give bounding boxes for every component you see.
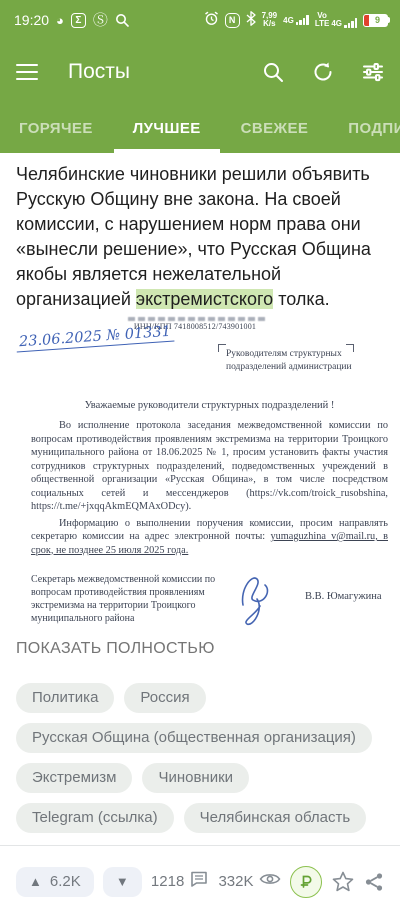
- downvote-button[interactable]: ▼: [103, 867, 142, 897]
- search-icon[interactable]: [262, 61, 284, 83]
- s-badge-icon: Ⓢ: [93, 13, 108, 28]
- handwritten-date: 23.06.2025 № 01331: [16, 324, 175, 353]
- network-speed: 7,99K/s: [262, 12, 278, 28]
- app-screen: 19:20 ◕ Σ Ⓢ N 7,99K/s 4G VoLT: [0, 0, 400, 917]
- post-text-before: Челябинские чиновники решили объявить Ру…: [16, 164, 371, 309]
- comments-count: 1218: [151, 873, 184, 890]
- tab-hot[interactable]: ГОРЯЧЕЕ: [19, 104, 93, 153]
- document-signer-title: Секретарь межведомственной комиссии по в…: [31, 573, 247, 625]
- tag-chinovniki[interactable]: Чиновники: [142, 763, 249, 793]
- document-recipient: Руководителям структурных подразделений …: [226, 348, 354, 374]
- show-full-button[interactable]: ПОКАЗАТЬ ПОЛНОСТЬЮ: [0, 640, 400, 658]
- document-body2: Информацию о выполнении поручения комисс…: [31, 517, 388, 558]
- comments-button[interactable]: 1218: [151, 869, 209, 894]
- refresh-icon[interactable]: [312, 61, 334, 83]
- signal-2: VoLTE 4G: [315, 12, 357, 28]
- app-bar: Посты: [0, 40, 400, 104]
- upvote-arrow-icon: ▲: [29, 875, 42, 888]
- status-bar: 19:20 ◕ Σ Ⓢ N 7,99K/s 4G VoLT: [0, 0, 400, 40]
- tab-fresh[interactable]: СВЕЖЕЕ: [241, 104, 309, 153]
- signature-scribble: [233, 569, 279, 636]
- tab-subscriptions[interactable]: ПОДПИСКИ: [348, 104, 400, 153]
- downvote-arrow-icon: ▼: [116, 875, 129, 888]
- tag-politika[interactable]: Политика: [16, 683, 114, 713]
- views-counter: 332K: [218, 871, 280, 892]
- upvote-button[interactable]: ▲ 6.2K: [16, 867, 94, 897]
- tag-russkaya-obshchina[interactable]: Русская Община (общественная организация…: [16, 723, 372, 753]
- upvote-count: 6.2K: [50, 873, 81, 890]
- post-action-bar: ▲ 6.2K ▼ 1218 332K: [0, 846, 400, 917]
- document-signer-name: В.В. Юмагужина: [305, 591, 381, 602]
- menu-icon[interactable]: [16, 64, 38, 80]
- highlighted-term: экстремистского: [136, 289, 273, 309]
- tag-chelyabinskaya-oblast[interactable]: Челябинская область: [184, 803, 367, 833]
- tab-best[interactable]: ЛУЧШЕЕ: [133, 104, 201, 153]
- nfc-icon: N: [225, 13, 240, 28]
- battery-icon: 9: [363, 14, 390, 27]
- status-search-icon: [115, 13, 129, 27]
- tag-ekstremizm[interactable]: Экстремизм: [16, 763, 132, 793]
- signal-1: 4G: [283, 15, 309, 25]
- bracket-left: [218, 344, 226, 352]
- tag-telegram[interactable]: Telegram (ссылка): [16, 803, 174, 833]
- data-saver-icon: ◕: [56, 14, 64, 27]
- page-title: Посты: [68, 60, 130, 84]
- clock-time: 19:20: [14, 12, 49, 28]
- post-text-after: толка.: [273, 289, 329, 309]
- ruble-donate-button[interactable]: [290, 866, 322, 898]
- post-text: Челябинские чиновники решили объявить Ру…: [0, 153, 400, 312]
- bluetooth-icon: [246, 11, 256, 29]
- tag-rossiya[interactable]: Россия: [124, 683, 205, 713]
- document-salutation: Уважаемые руководители структурных подра…: [31, 400, 388, 411]
- tag-list: Политика Россия Русская Община (обществе…: [0, 683, 400, 833]
- battery-percent: 9: [375, 15, 380, 25]
- feed-tabs: ГОРЯЧЕЕ ЛУЧШЕЕ СВЕЖЕЕ ПОДПИСКИ: [0, 104, 400, 153]
- document-image[interactable]: ИНН/КПП 7418008512/743901001 23.06.2025 …: [0, 314, 400, 616]
- alarm-icon: [204, 11, 219, 29]
- comment-icon: [189, 869, 209, 894]
- document-body: Во исполнение протокола заседания межвед…: [31, 419, 388, 514]
- save-star-icon[interactable]: [331, 870, 355, 893]
- eye-icon: [259, 871, 281, 892]
- views-count: 332K: [218, 873, 253, 890]
- share-icon[interactable]: [364, 872, 384, 892]
- filter-tune-icon[interactable]: [362, 61, 384, 83]
- document-blurred-line: [128, 317, 266, 321]
- sigma-app-icon: Σ: [71, 13, 86, 28]
